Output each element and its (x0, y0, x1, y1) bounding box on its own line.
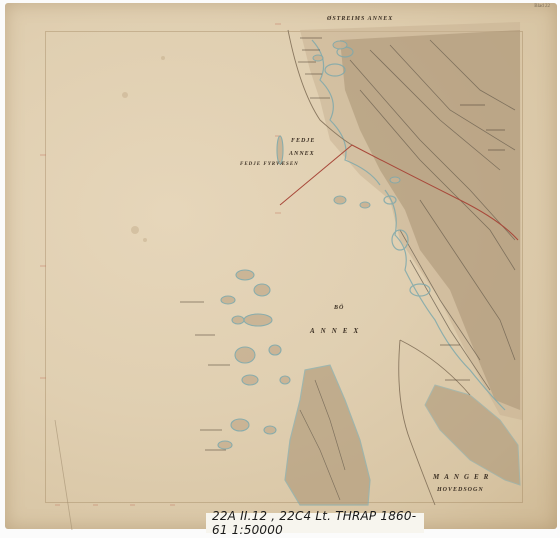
paper-stains (122, 56, 165, 242)
land-northeast (300, 22, 522, 420)
label-fedje-fyrvaesen: FEDJE FYRVÆSEN (240, 162, 299, 167)
grid-ticks (40, 24, 281, 505)
land-south-island (285, 365, 370, 505)
boundary-grey-south (399, 340, 435, 505)
label-fedje-annex: ANNEX (289, 151, 315, 157)
label-manger: MANGER (433, 473, 493, 481)
label-bo: BÖ (334, 305, 344, 311)
catalog-label: 22A II.12 , 22C4 Lt. THRAP 1860-61 1:500… (206, 513, 424, 533)
map-drawing (0, 0, 560, 538)
label-bo-annex: ANNEX (310, 327, 364, 335)
label-manger-hovedsogn: HOVEDSOGN (437, 487, 484, 493)
corner-note: Blad 22 (534, 4, 550, 9)
label-fedje: FEDJE (291, 138, 315, 144)
skerries-west (218, 136, 290, 449)
label-ostreims-annex: ØSTREIMS ANNEX (327, 16, 393, 22)
